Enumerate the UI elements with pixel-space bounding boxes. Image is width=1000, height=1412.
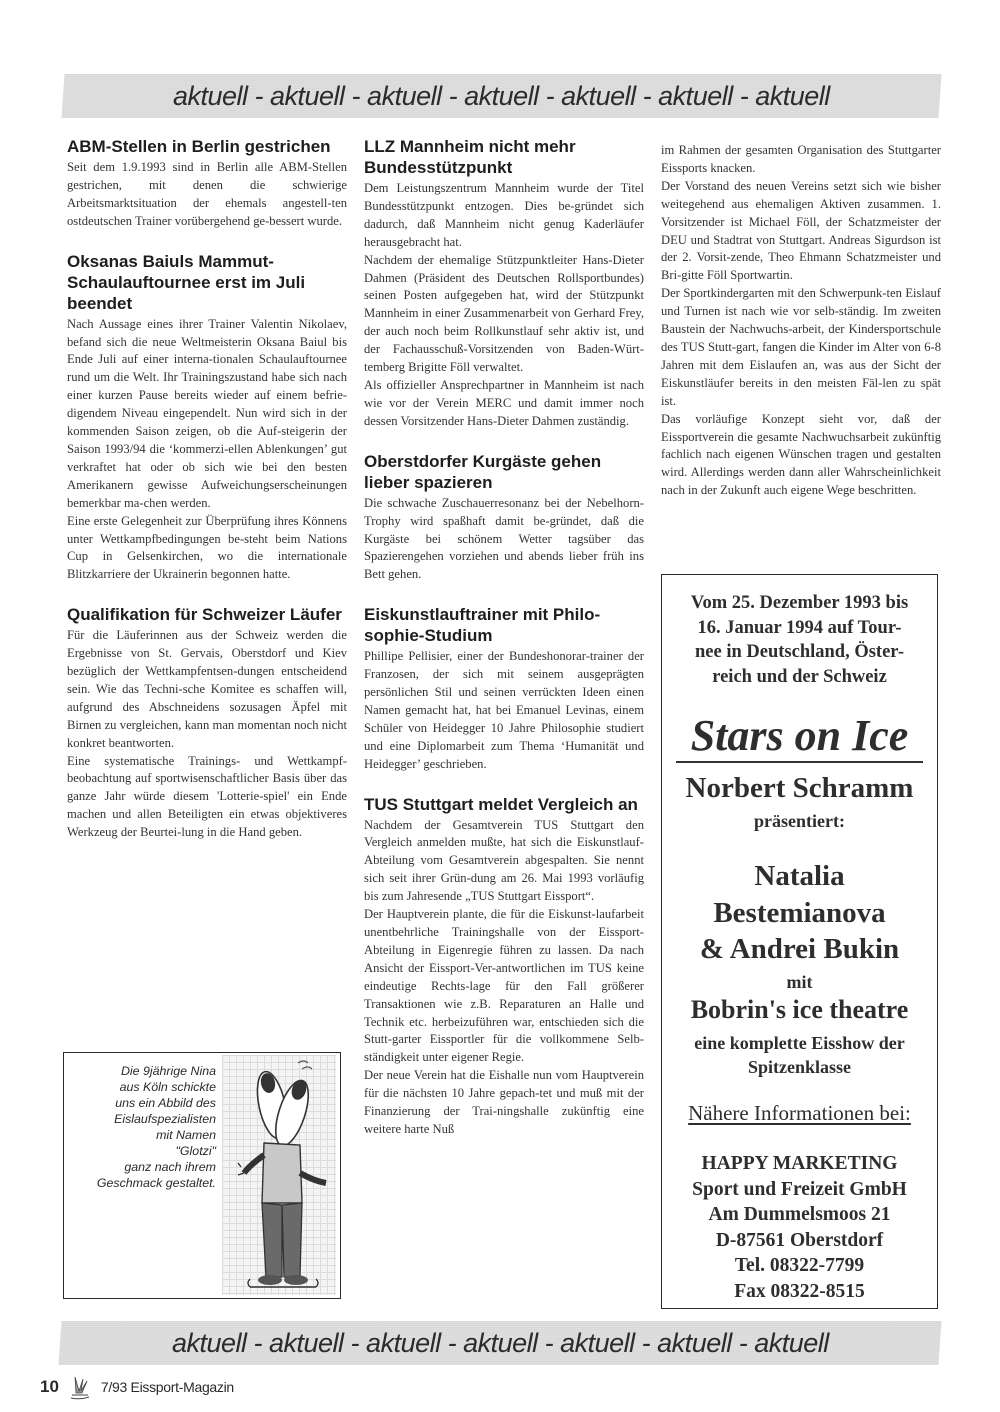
article-oberstdorfer-kurgaeste: Oberstdorfer Kurgäste gehen lieber spazi…: [364, 451, 644, 585]
ad-contact-street: Am Dummelsmoos 21: [662, 1202, 937, 1228]
article-abm-stellen: ABM-Stellen in Berlin gestrichen Seit de…: [67, 136, 347, 231]
article-continuation: im Rahmen der gesamten Organisation des …: [661, 142, 941, 178]
stars-on-ice-advertisement: Vom 25. Dezember 1993 bis 16. Januar 199…: [661, 574, 938, 1309]
ad-line: 16. Januar 1994 auf Tour-: [662, 616, 937, 641]
ad-contact-phone: Tel. 08322-7799: [662, 1253, 937, 1279]
caption-line: aus Köln schickte: [74, 1079, 216, 1095]
article-body: Als offizieller Ansprechpartner in Mannh…: [364, 377, 644, 431]
ad-theatre-name: Bobrin's ice theatre: [662, 995, 937, 1025]
bottom-banner-text: aktuell - aktuell - aktuell - aktuell - …: [172, 1328, 829, 1359]
ad-tour-dates: Vom 25. Dezember 1993 bis 16. Januar 199…: [662, 591, 937, 689]
ad-performers: Natalia Bestemianova & Andrei Bukin: [662, 858, 937, 968]
ad-line: eine komplette Eisshow der: [662, 1031, 937, 1055]
article-schweizer-laeufer: Qualifikation für Schweizer Läufer Für d…: [67, 604, 347, 842]
headline: Oksanas Baiuls Mammut-Schaulauftournee e…: [67, 251, 347, 314]
article-body: Nach Aussage eines ihrer Trainer Valenti…: [67, 316, 347, 513]
article-continuation: Der Sportkindergarten mit den Schwerpunk…: [661, 285, 941, 410]
article-body: Nachdem der ehemalige Stützpunktleiter H…: [364, 252, 644, 377]
left-column: ABM-Stellen in Berlin gestrichen Seit de…: [67, 136, 347, 862]
skater-logo-icon: [67, 1373, 93, 1401]
headline: LLZ Mannheim nicht mehr Bundesstützpunkt: [364, 136, 644, 178]
article-body: Der neue Verein hat die Eishalle nun vom…: [364, 1067, 644, 1139]
ad-line: Vom 25. Dezember 1993 bis: [662, 591, 937, 616]
article-body: Nachdem der Gesamtverein TUS Stuttgart d…: [364, 817, 644, 907]
ad-description: eine komplette Eisshow der Spitzenklasse: [662, 1031, 937, 1079]
ad-contact-company: HAPPY MARKETING: [662, 1151, 937, 1177]
page-number: 10: [40, 1377, 59, 1397]
ad-contact-subtitle: Sport und Freizeit GmbH: [662, 1177, 937, 1203]
article-continuation: Das vorläufige Konzept sieht vor, daß de…: [661, 411, 941, 501]
article-body: Eine systematische Trainings- und Wettka…: [67, 753, 347, 843]
top-banner-text: aktuell - aktuell - aktuell - aktuell - …: [173, 81, 830, 112]
caption-line: Geschmack gestaltet.: [74, 1175, 216, 1191]
ad-line: & Andrei Bukin: [662, 931, 937, 968]
article-body: Der Hauptverein plante, die für die Eisk…: [364, 906, 644, 1067]
article-body: Phillipe Pellisier, einer der Bundeshono…: [364, 648, 644, 773]
top-banner: aktuell - aktuell - aktuell - aktuell - …: [61, 74, 941, 118]
article-continuation: Der Vorstand des neuen Vereins setzt sic…: [661, 178, 941, 285]
glotzi-figure-icon: [222, 1055, 336, 1295]
ad-line: Bestemianova: [662, 895, 937, 932]
caption-line: ganz nach ihrem: [74, 1159, 216, 1175]
article-philosophie-trainer: Eiskunstlauftrainer mit Philo-sophie-Stu…: [364, 604, 644, 773]
ad-show-title: Stars on Ice: [676, 711, 923, 763]
headline: Eiskunstlauftrainer mit Philo-sophie-Stu…: [364, 604, 644, 646]
right-column: im Rahmen der gesamten Organisation des …: [661, 142, 941, 500]
article-llz-mannheim: LLZ Mannheim nicht mehr Bundesstützpunkt…: [364, 136, 644, 431]
ad-contact-block: HAPPY MARKETING Sport und Freizeit GmbH …: [662, 1151, 937, 1304]
ad-presenter: Norbert Schramm: [662, 771, 937, 805]
reader-drawing-box: Die 9jährige Nina aus Köln schickte uns …: [63, 1052, 341, 1299]
article-body: Dem Leistungszentrum Mannheim wurde der …: [364, 180, 644, 252]
ad-presents-label: präsentiert:: [662, 811, 937, 832]
magazine-issue: 7/93 Eissport-Magazin: [101, 1379, 234, 1395]
middle-column: LLZ Mannheim nicht mehr Bundesstützpunkt…: [364, 136, 644, 1159]
caption-line: "Glotzi": [74, 1143, 216, 1159]
ad-line: Spitzenklasse: [662, 1055, 937, 1079]
article-body: Seit dem 1.9.1993 sind in Berlin alle AB…: [67, 159, 347, 231]
headline: Oberstdorfer Kurgäste gehen lieber spazi…: [364, 451, 644, 493]
headline: TUS Stuttgart meldet Vergleich an: [364, 794, 644, 815]
ad-info-label-text: Nähere Informationen bei:: [688, 1101, 911, 1125]
article-body: Eine erste Gelegenheit zur Überprüfung i…: [67, 513, 347, 585]
ad-contact-fax: Fax 08322-8515: [662, 1279, 937, 1305]
headline: ABM-Stellen in Berlin gestrichen: [67, 136, 347, 157]
article-body: Die schwache Zuschauerresonanz bei der N…: [364, 495, 644, 585]
headline: Qualifikation für Schweizer Läufer: [67, 604, 347, 625]
ad-info-label: Nähere Informationen bei:: [662, 1101, 937, 1126]
article-oksana-baiul: Oksanas Baiuls Mammut-Schaulauftournee e…: [67, 251, 347, 585]
caption-line: Die 9jährige Nina: [74, 1063, 216, 1079]
caption-line: uns ein Abbild des: [74, 1095, 216, 1111]
ad-line: nee in Deutschland, Öster-: [662, 640, 937, 665]
page-footer: 10 7/93 Eissport-Magazin: [40, 1373, 234, 1401]
drawing-caption: Die 9jährige Nina aus Köln schickte uns …: [74, 1063, 216, 1191]
caption-line: Eislaufspezialisten: [74, 1111, 216, 1127]
article-body: Für die Läuferinnen aus der Schweiz werd…: [67, 627, 347, 752]
ad-mit-label: mit: [662, 972, 937, 993]
ad-line: reich und der Schweiz: [662, 665, 937, 690]
ad-line: Natalia: [662, 858, 937, 895]
bottom-banner: aktuell - aktuell - aktuell - aktuell - …: [58, 1321, 941, 1365]
ad-contact-city: D-87561 Oberstdorf: [662, 1228, 937, 1254]
article-tus-stuttgart: TUS Stuttgart meldet Vergleich an Nachde…: [364, 794, 644, 1139]
glotzi-drawing-image: [222, 1055, 336, 1295]
caption-line: mit Namen: [74, 1127, 216, 1143]
